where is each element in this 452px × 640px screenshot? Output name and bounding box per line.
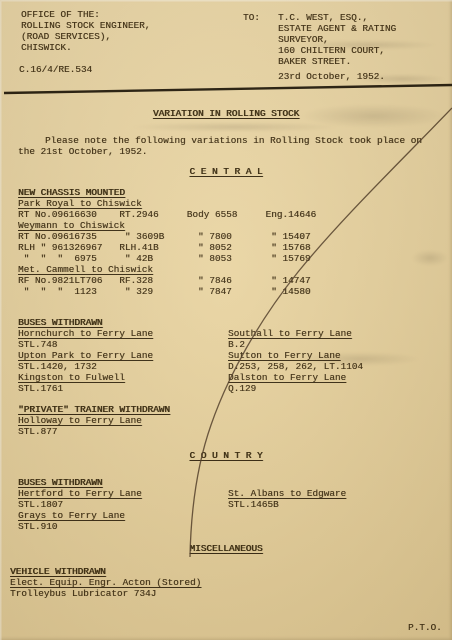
buses-withdrawn-country-left: BUSES WITHDRAWN Hertford to Ferry Lane S… [18, 477, 142, 532]
country-heading-row: C O U N T R Y [0, 450, 452, 461]
section-title: "PRIVATE" TRAINER WITHDRAWN [18, 404, 170, 415]
route-heading: Hertford to Ferry Lane [18, 488, 142, 499]
route-heading: Kingston to Fulwell [18, 372, 153, 383]
sender-line: (ROAD SERVICES), [21, 31, 150, 42]
stock-line: D.253, 258, 262, LT.1104 [228, 361, 363, 372]
stock-row: RLH " 961326967 RLH.41B " 8052 " 15768 [18, 242, 316, 253]
stock-line: STL.910 [18, 521, 142, 532]
title-row: VARIATION IN ROLLING STOCK [0, 108, 452, 119]
section-title: BUSES WITHDRAWN [18, 317, 153, 328]
stock-line: STL.748 [18, 339, 153, 350]
stock-line: Trolleybus Lubricator 734J [10, 588, 201, 599]
stock-row: RT No.09616630 RT.2946 Body 6558 Eng.146… [18, 209, 316, 220]
vehicle-withdrawn-section: VEHICLE WITHDRAWN Elect. Equip. Engr. Ac… [10, 566, 201, 599]
route-heading: Weymann to Chiswick [18, 220, 316, 231]
section-title: NEW CHASSIS MOUNTED [18, 187, 316, 198]
stock-line: Q.129 [228, 383, 363, 394]
document-page: OFFICE OF THE: ROLLING STOCK ENGINEER, (… [0, 0, 452, 640]
central-section-heading: C E N T R A L [189, 166, 262, 177]
route-heading: Holloway to Ferry Lane [18, 415, 170, 426]
recipient-address: T.C. WEST, ESQ., ESTATE AGENT & RATING S… [278, 12, 452, 67]
route-heading: Sutton to Ferry Lane [228, 350, 363, 361]
stock-row: " " " 6975 " 42B " 8053 " 15769 [18, 253, 316, 264]
sender-address: OFFICE OF THE: ROLLING STOCK ENGINEER, (… [21, 9, 150, 53]
route-heading: Park Royal to Chiswick [18, 198, 316, 209]
buses-withdrawn-central-left: BUSES WITHDRAWN Hornchurch to Ferry Lane… [18, 317, 153, 394]
section-title: VEHICLE WITHDRAWN [10, 566, 201, 577]
sender-line: ROLLING STOCK ENGINEER, [21, 20, 150, 31]
to-label: TO: [243, 12, 260, 23]
document-date: 23rd October, 1952. [278, 71, 385, 82]
route-heading: St. Albans to Edgware [228, 488, 346, 499]
sender-line: CHISWICK. [21, 42, 150, 53]
sender-line: OFFICE OF THE: [21, 9, 150, 20]
stock-line: STL.1761 [18, 383, 153, 394]
misc-section-heading: MISCELLANEOUS [189, 543, 262, 554]
private-trainer-section: "PRIVATE" TRAINER WITHDRAWN Holloway to … [18, 404, 170, 437]
intro-paragraph: Please note the following variations in … [18, 135, 438, 157]
stock-row: RF No.9821LT706 RF.328 " 7846 " 14747 [18, 275, 316, 286]
misc-heading-row: MISCELLANEOUS [0, 543, 452, 554]
smudge-mark [412, 250, 448, 266]
intro-line: Please note the following variations in … [18, 135, 438, 146]
intro-line: the 21st October, 1952. [18, 146, 438, 157]
route-heading: Upton Park to Ferry Lane [18, 350, 153, 361]
route-heading: Dalston to Ferry Lane [228, 372, 363, 383]
central-heading-row: C E N T R A L [0, 166, 452, 177]
country-right-entry: St. Albans to Edgware STL.1465B [228, 488, 346, 510]
route-heading: Hornchurch to Ferry Lane [18, 328, 153, 339]
recipient-line: T.C. WEST, ESQ., [278, 12, 452, 23]
route-heading: Elect. Equip. Engr. Acton (Stored) [10, 577, 201, 588]
recipient-line: BAKER STREET. [278, 56, 452, 67]
stock-line: STL.1465B [228, 499, 346, 510]
header-divider [4, 85, 452, 93]
route-heading: Grays to Ferry Lane [18, 510, 142, 521]
stock-line: STL.1420, 1732 [18, 361, 153, 372]
section-title: BUSES WITHDRAWN [18, 477, 142, 488]
recipient-line: ESTATE AGENT & RATING SURVEYOR, [278, 23, 452, 45]
stock-row: " " " 1123 " 329 " 7847 " 14580 [18, 286, 316, 297]
new-chassis-section: NEW CHASSIS MOUNTED Park Royal to Chiswi… [18, 187, 316, 297]
country-section-heading: C O U N T R Y [189, 450, 262, 461]
stock-line: B.2 [228, 339, 363, 350]
recipient-line: 160 CHILTERN COURT, [278, 45, 452, 56]
stock-line: STL.877 [18, 426, 170, 437]
smudge-mark [130, 122, 340, 132]
buses-withdrawn-central-right: Southall to Ferry Lane B.2 Sutton to Fer… [228, 328, 363, 394]
route-heading: Met. Cammell to Chiswick [18, 264, 316, 275]
route-heading: Southall to Ferry Lane [228, 328, 363, 339]
pto-note: P.T.O. [408, 622, 442, 633]
stock-row: RT No.09616735 " 3609B " 7800 " 15407 [18, 231, 316, 242]
document-title: VARIATION IN ROLLING STOCK [153, 108, 299, 119]
reference-number: C.16/4/RE.534 [19, 64, 92, 75]
stock-line: STL.1807 [18, 499, 142, 510]
